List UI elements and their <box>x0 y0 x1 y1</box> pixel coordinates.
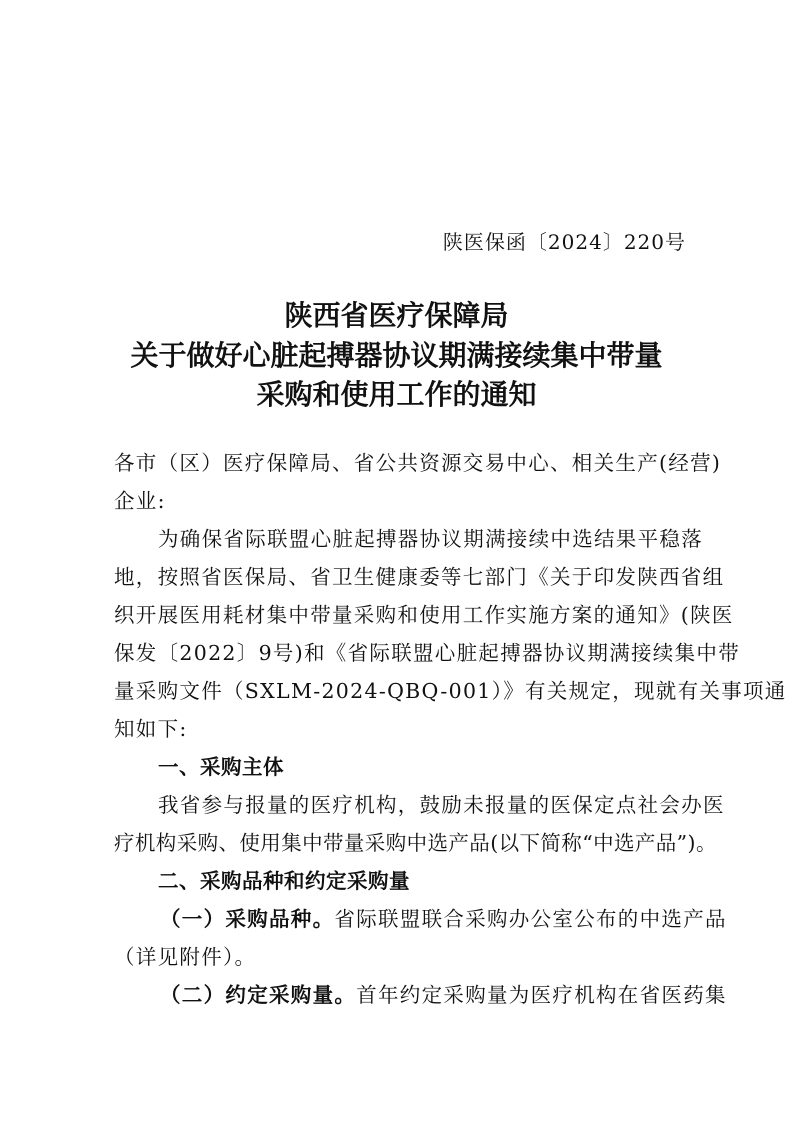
intro-line-6: 知如下: <box>114 716 694 742</box>
title-line-2: 关于做好心脏起搏器协议期满接续集中带量 <box>0 334 793 374</box>
title-line-1: 陕西省医疗保障局 <box>0 294 793 334</box>
document-number: 陕医保函〔2024〕220号 <box>443 226 686 255</box>
intro-line-1: 为确保省际联盟心脏起搏器协议期满接续中选结果平稳落 <box>158 526 738 552</box>
item2-text: 首年约定采购量为医疗机构在省医药集 <box>356 983 727 1007</box>
section2-heading: 二、采购品种和约定采购量 <box>158 868 738 894</box>
addressee-line-2: 企业: <box>114 488 694 514</box>
intro-line-2: 地，按照省医保局、省卫生健康委等七部门《关于印发陕西省组 <box>114 564 694 590</box>
section2-item1-cont: （详见附件）。 <box>114 944 694 970</box>
intro-line-5: 量采购文件（SXLM-2024-QBQ-001）》有关规定，现就有关事项通 <box>114 678 694 704</box>
item2-label: （二）约定采购量。 <box>160 983 356 1007</box>
title-line-3: 采购和使用工作的通知 <box>0 373 793 413</box>
section2-item2: （二）约定采购量。首年约定采购量为医疗机构在省医药集 <box>160 982 740 1008</box>
item1-label: （一）采购品种。 <box>160 907 334 931</box>
section1-heading: 一、采购主体 <box>158 754 738 780</box>
section1-line-2: 疗机构采购、使用集中带量采购中选产品(以下简称“中选产品”)。 <box>114 830 694 856</box>
item1-text: 省际联盟联合采购办公室公布的中选产品 <box>334 907 726 931</box>
section1-line-1: 我省参与报量的医疗机构，鼓励未报量的医保定点社会办医 <box>158 792 738 818</box>
intro-line-3: 织开展医用耗材集中带量采购和使用工作实施方案的通知》(陕医 <box>114 602 694 628</box>
addressee-line-1: 各市（区）医疗保障局、省公共资源交易中心、相关生产(经营) <box>114 450 694 476</box>
section2-item1: （一）采购品种。省际联盟联合采购办公室公布的中选产品 <box>160 906 740 932</box>
intro-line-4: 保发〔2022〕9号)和《省际联盟心脏起搏器协议期满接续集中带 <box>114 640 694 666</box>
